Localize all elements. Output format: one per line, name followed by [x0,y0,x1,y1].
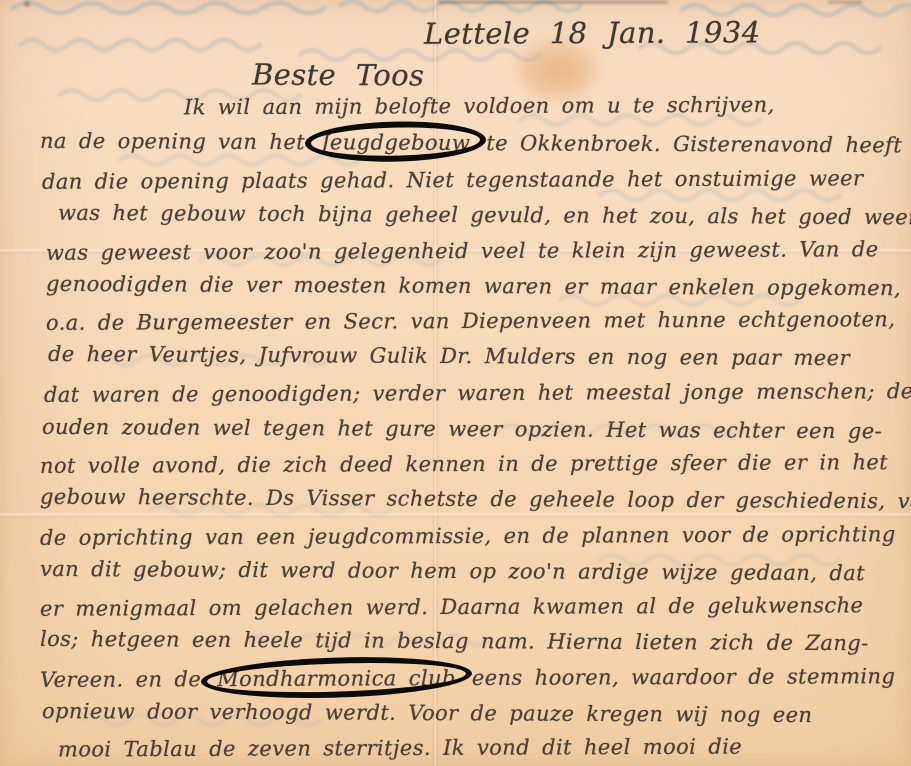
letter-line: was het gebouw toch bijna geheel gevuld,… [58,201,911,230]
letter-line: mooi Tablau de zeven sterritjes. Ik vond… [58,735,742,762]
letter-line: Vereen. en de Mondharmonica club eens ho… [40,664,895,692]
letter-line: dat waren de genoodigden; verder waren h… [44,379,911,407]
letter-line: ouden zouden wel tegen het gure weer opz… [42,415,882,443]
line-segment: na de opening van het [40,129,317,154]
line-segment: Vereen. en de [40,667,213,692]
paper-crease-horizontal [0,512,911,518]
letter-line: los; hetgeen een heele tijd in beslag na… [40,627,869,655]
line-segment: eens hooren, waardoor de stemming [460,664,896,690]
letter-line: opnieuw door verhoogd werdt. Voor de pau… [42,699,813,727]
letter-line: van dit gebouw; dit werd door hem op zoo… [40,557,865,585]
letter-line: na de opening van het Jeugdgebouw te Okk… [40,129,902,158]
circled-word-mondharmonica-club: Mondharmonica club [213,666,460,691]
salutation: Beste Toos [252,58,424,93]
letter-line: gebouw heerschte. Ds Visser schetste de … [40,485,911,514]
letter-line: genoodigden die ver moesten komen waren … [46,272,901,300]
circled-word-jeugdgebouw: Jeugdgebouw [317,130,474,155]
letter-line: not volle avond, die zich deed kennen in… [40,450,888,478]
letter-line: Ik wil aan mijn belofte voldoen om u te … [184,93,775,120]
letter-line: was geweest voor zoo'n gelegenheid veel … [46,237,879,265]
line-segment: te Okkenbroek. Gisterenavond heeft [474,131,902,157]
letter-line: o.a. de Burgemeester en Secr. van Diepen… [46,307,895,335]
date-line: Lettele 18 Jan. 1934 [424,15,761,50]
letter-line: de heer Veurtjes, Jufvrouw Gulik Dr. Mul… [48,342,850,370]
letter-line: dan die opening plaats gehad. Niet tegen… [42,166,863,194]
letter-page: Lettele 18 Jan. 1934 Beste Toos Ik wil a… [0,0,911,766]
letter-line: de oprichting van een jeugdcommissie, en… [40,522,896,550]
letter-line: er menigmaal om gelachen werd. Daarna kw… [40,593,863,621]
